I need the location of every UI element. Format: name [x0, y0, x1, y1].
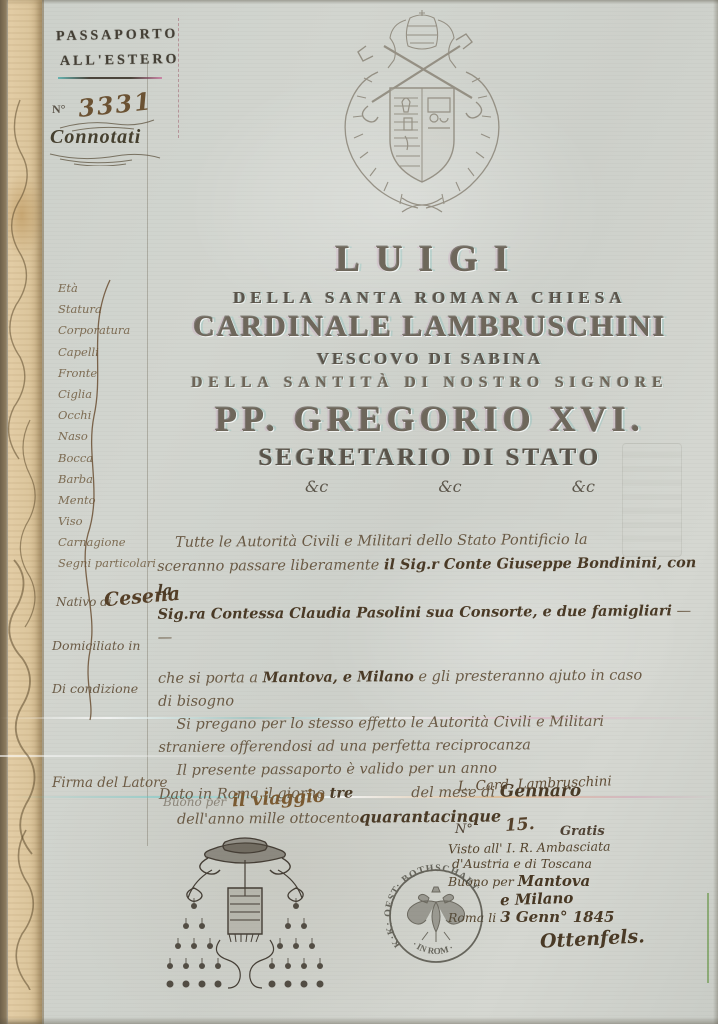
- passport-type-stamp-line2: ALL'ESTERO: [60, 52, 180, 70]
- header-line2: DELLA SANTA ROMANA CHIESA: [150, 288, 710, 308]
- stamp-arc-bottom-text: · IN ROM ·: [411, 939, 455, 956]
- visa-destination-1: Mantova: [518, 872, 591, 890]
- validity-clause: Il presente passaporto è valido per un a…: [177, 761, 497, 779]
- etcetera-row: &c &c &c: [305, 477, 595, 496]
- cardinal-name-line: CARDINALE LAMBRUSCHINI: [193, 310, 666, 343]
- visa-number-label: N°: [455, 822, 473, 837]
- holiness-line: DELLA SANTITÀ DI NOSTRO SIGNORE: [191, 374, 668, 391]
- flourish-below-connotati: [46, 150, 166, 166]
- body-segment: straniere offerendosi ad una perfetta re…: [158, 737, 530, 756]
- body-line: Sig.ra Contessa Claudia Pasolini sua Con…: [157, 599, 709, 650]
- green-edge-mark: [707, 893, 709, 983]
- ottenfels-signature: Ottenfels.: [539, 925, 645, 952]
- etc-3: &c: [572, 477, 595, 496]
- issue-year: quarantacinque: [359, 807, 501, 827]
- header-line6: PP. GREGORIO XVI.: [150, 398, 710, 440]
- visa-line1: Visto all' I. R. Ambasciata: [448, 839, 611, 857]
- buono-per-stamp: Buono per: [163, 795, 226, 809]
- body-line: che si porta a Mantova, e Milano e gli p…: [158, 663, 710, 691]
- issuer-first-name: LUIGI: [336, 239, 525, 280]
- body-segment: Si pregano per lo stesso effetto le Auto…: [176, 714, 604, 733]
- body-segment: che si porta a: [158, 670, 263, 687]
- visa-gratis: Gratis: [560, 824, 605, 839]
- visa-destination-2: e Milano: [500, 889, 574, 910]
- body-segment: dell'anno mille ottocento: [177, 811, 359, 828]
- papal-coat-of-arms-icon: [332, 6, 512, 224]
- page-top-edge: [0, 0, 718, 4]
- body-segment: di bisogno: [158, 693, 234, 710]
- visa-date: 3 Genn° 1845: [500, 908, 614, 926]
- connotati-brace: [58, 276, 128, 726]
- margin-script-flourishes: [0, 90, 46, 990]
- condition-label: Di condizione: [52, 681, 138, 696]
- body-text: Tutte le Autorità Civili e Militari dell…: [157, 528, 711, 832]
- header-line3: CARDINALE LAMBRUSCHINI: [150, 310, 710, 344]
- passport-type-stamp-line1: PASSAPORTO: [56, 27, 179, 46]
- domicile-label: Domiciliato in: [52, 638, 140, 653]
- destination: Mantova, e Milano: [263, 668, 414, 686]
- holy-roman-church-line: DELLA SANTA ROMANA CHIESA: [233, 288, 626, 307]
- number-label: N°: [52, 102, 65, 117]
- cardinal-galero-coat-of-arms-icon: [150, 832, 340, 1002]
- consort-name: Sig.ra Contessa Claudia Pasolini sua Con…: [157, 602, 672, 623]
- body-segment: sceranno passare liberamente: [157, 557, 384, 575]
- page-right-edge: [713, 0, 718, 1024]
- svg-text:· IN ROM ·: · IN ROM ·: [411, 939, 455, 956]
- secretary-of-state-line: SEGRETARIO DI STATO: [259, 444, 602, 471]
- body-line: sceranno passare liberamente il Sig.r Co…: [157, 551, 709, 603]
- header-line7: SEGRETARIO DI STATO: [150, 444, 710, 472]
- header-line4: VESCOVO DI SABINA: [150, 349, 710, 369]
- body-segment: Tutte le Autorità Civili e Militari dell…: [175, 532, 588, 551]
- header-name: LUIGI: [150, 238, 710, 281]
- bearer-signature-label: Firma del Latore: [52, 775, 168, 791]
- connotati-title: Connotati: [50, 126, 141, 149]
- header-line5: DELLA SANTITÀ DI NOSTRO SIGNORE: [150, 374, 710, 392]
- austrian-embassy-stamp-icon: K:K: OEST: BOTHSCHAFT · IN ROM ·: [384, 864, 488, 968]
- body-segment: e gli presteranno ajuto in caso: [414, 668, 642, 686]
- etc-2: &c: [438, 477, 461, 496]
- bishop-title-line: VESCOVO DI SABINA: [317, 349, 543, 368]
- etc-1: &c: [305, 477, 328, 496]
- visa-number-value: 15.: [504, 814, 535, 836]
- passport-document-page: PASSAPORTO ALL'ESTERO N° 3331 Connotati …: [0, 0, 718, 1024]
- issue-day: tre: [330, 785, 354, 802]
- page-bottom-edge: [0, 1017, 718, 1024]
- pope-name-line: PP. GREGORIO XVI.: [215, 399, 645, 439]
- stamp-underline: [58, 77, 162, 79]
